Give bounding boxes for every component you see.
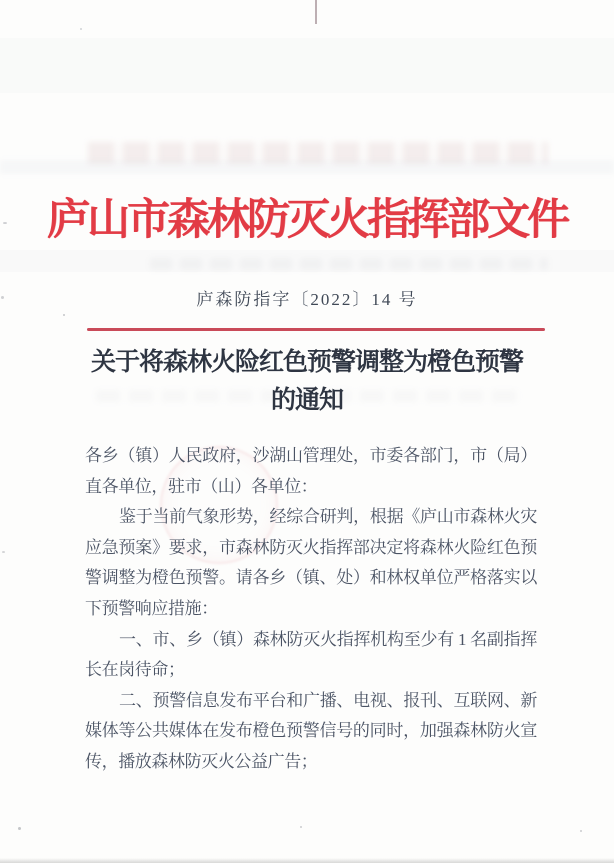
bleedthrough-artifact	[150, 258, 548, 270]
scan-speck-artifact	[63, 314, 65, 316]
document-number: 庐森防指字〔2022〕14 号	[0, 285, 614, 310]
scan-artifact-band	[0, 250, 614, 272]
document-body: 各乡（镇）人民政府，沙湖山管理处，市委各部门，市（局）直各单位，驻市（山）各单位…	[85, 441, 537, 778]
letterhead-bleedthrough-artifact	[88, 142, 548, 164]
body-paragraph: 一、市、乡（镇）森林防灭火指挥机构至少有 1 名副指挥长在岗待命；	[85, 625, 537, 686]
scan-speck-artifact	[18, 827, 21, 830]
scan-bottom-edge-artifact	[0, 858, 614, 863]
notice-title-line1: 关于将森林火险红色预警调整为橙色预警	[0, 344, 614, 382]
scan-speck-artifact	[80, 28, 82, 30]
scan-artifact-strip	[0, 160, 614, 174]
letterhead-title: 庐山市森林防灭火指挥部文件	[0, 186, 614, 247]
scan-speck-artifact	[300, 826, 302, 828]
scan-line-artifact	[315, 0, 317, 24]
recipients-line: 各乡（镇）人民政府，沙湖山管理处，市委各部门，市（局）直各单位，驻市（山）各单位…	[85, 441, 537, 502]
scan-speck-artifact	[2, 551, 5, 553]
body-paragraph: 二、预警信息发布平台和广播、电视、报刊、互联网、新媒体等公共媒体在发布橙色预警信…	[85, 686, 537, 778]
scan-speck-artifact	[580, 830, 582, 832]
red-divider-line	[87, 328, 545, 331]
notice-title-line2: 的通知	[0, 382, 614, 420]
body-paragraph: 鉴于当前气象形势，经综合研判，根据《庐山市森林火灾应急预案》要求，市森林防灭火指…	[85, 502, 537, 624]
scan-artifact-band	[0, 38, 614, 93]
notice-title: 关于将森林火险红色预警调整为橙色预警 的通知	[0, 344, 614, 420]
scanned-document-page: 庐山市森林防灭火指挥部文件 庐森防指字〔2022〕14 号 关于将森林火险红色预…	[0, 0, 614, 863]
